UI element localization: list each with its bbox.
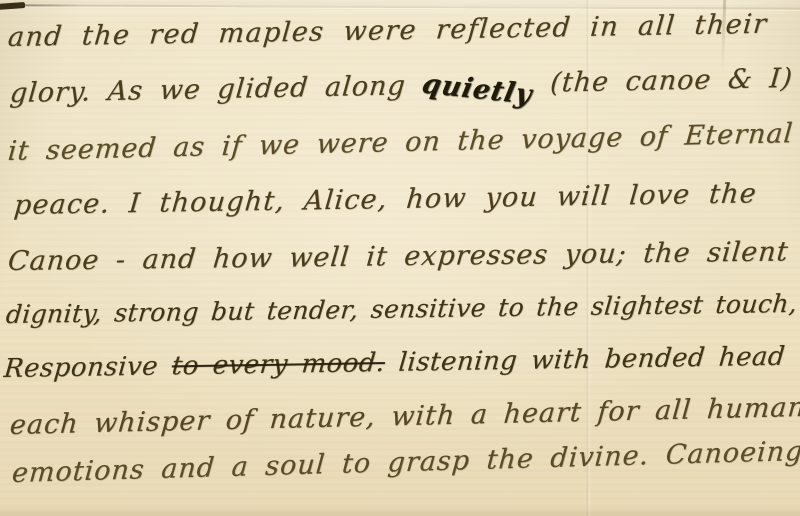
handwriting-line-7: Responsive to every mood. listening with… xyxy=(3,341,800,384)
handwriting-line-1: and the red maples were reflected in all… xyxy=(7,9,769,53)
handwriting-text: glory. As we glided along xyxy=(9,70,424,109)
struck-through-words: to every mood. xyxy=(170,348,386,381)
handwriting-text: emotions and a soul to grasp the divine.… xyxy=(11,436,800,489)
handwriting-text: each whisper of nature, with a heart for… xyxy=(9,392,800,441)
handwriting-text: Responsive xyxy=(3,351,174,384)
handwriting-text: and the red maples were reflected in all… xyxy=(7,9,769,53)
handwriting-line-9: emotions and a soul to grasp the divine.… xyxy=(11,436,800,489)
horizontal-fold-crease xyxy=(0,4,800,10)
handwriting-text: dignity, strong but tender, sensitive to… xyxy=(5,289,799,329)
paper-bottom-shadow xyxy=(0,506,800,516)
handwriting-text: peace. I thought, Alice, how you will lo… xyxy=(13,178,759,221)
handwriting-text: Canoe - and how well it expresses you; t… xyxy=(7,236,790,277)
handwriting-text: listening with bended head to xyxy=(384,341,800,378)
handwriting-line-4: peace. I thought, Alice, how you will lo… xyxy=(13,178,759,221)
letter-page: and the red maples were reflected in all… xyxy=(0,0,800,516)
handwriting-line-5: Canoe - and how well it expresses you; t… xyxy=(7,236,790,277)
handwriting-text: it seemed as if we were on the voyage of… xyxy=(7,118,795,167)
handwriting-line-6: dignity, strong but tender, sensitive to… xyxy=(5,289,799,329)
handwriting-line-3: it seemed as if we were on the voyage of… xyxy=(7,118,795,167)
ink-blot-word: quietly xyxy=(420,68,536,110)
handwriting-line-2: glory. As we glided along quietly (the c… xyxy=(9,63,795,109)
handwriting-text: (the canoe & I) xyxy=(532,63,794,99)
handwriting-line-8: each whisper of nature, with a heart for… xyxy=(9,392,800,441)
paper-edge-mark xyxy=(0,2,25,10)
